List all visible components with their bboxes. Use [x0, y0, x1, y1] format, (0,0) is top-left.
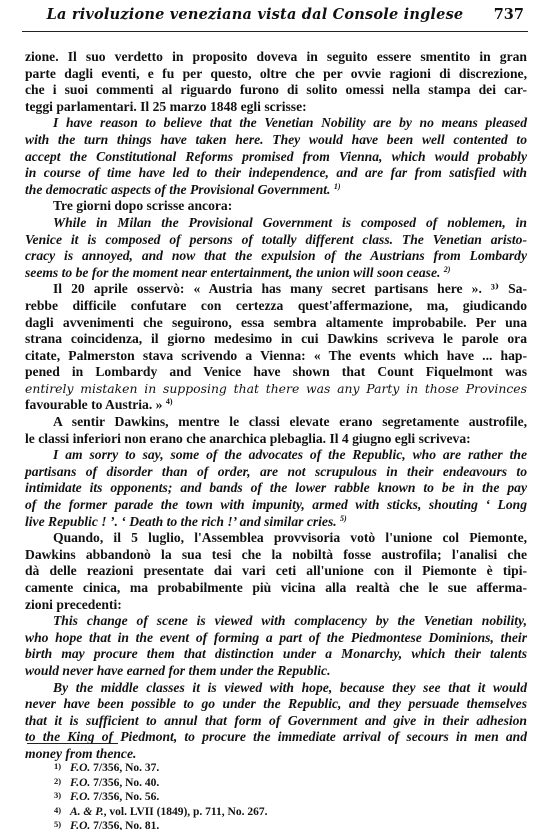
text-line-content: pened in Lombardy and Venice have shown …: [25, 364, 527, 379]
text-line-content: Dawkins abbandonò la sua tesi che la nob…: [25, 547, 527, 562]
text-line: Dawkins abbandonò la sua tesi che la nob…: [25, 547, 527, 564]
text-line: pened in Lombardy and Venice have shown …: [25, 364, 527, 381]
text-line-content: intimidate its opponents; and bands of t…: [25, 480, 527, 495]
footnote-reference-text: 7/356, No. 81.: [90, 820, 159, 830]
text-line-content: of the former parade the town with impun…: [25, 497, 527, 512]
text-line-content: che i suoi commenti al riguardo furono d…: [25, 82, 527, 97]
text-line: zioni precedenti:: [25, 597, 527, 614]
text-line: Il 20 aprile osservò: « Austria has many…: [25, 281, 527, 298]
text-line-content: Il 20 aprile osservò: « Austria has many…: [53, 281, 527, 296]
text-line-content: camente cinica, ma probabilmente più vic…: [25, 580, 527, 595]
footnote-source: F.O.: [70, 762, 90, 774]
text-line: intimidate its opponents; and bands of t…: [25, 480, 527, 497]
text-line: dà delle reazioni presentate dai vari ce…: [25, 563, 527, 580]
text-line-content: Quando, il 5 luglio, l'Assemblea provvis…: [53, 530, 527, 545]
text-line-content: parte dagli eventi, e fu per questo, olt…: [25, 66, 527, 81]
text-line-content: strana coincidenza, il giorno medesimo i…: [25, 331, 527, 346]
text-line-content: Tre giorni dopo scrisse ancora:: [53, 198, 232, 213]
text-line: I have reason to believe that the Veneti…: [25, 115, 527, 132]
body-text: zione. Il suo verdetto in proposito dove…: [25, 49, 527, 763]
text-line-content: dà delle reazioni presentate dai vari ce…: [25, 563, 527, 578]
text-line-content: le classi inferiori non erano che anarch…: [25, 431, 471, 446]
text-line-content: I am sorry to say, some of the advocates…: [53, 447, 527, 462]
text-line-content: never have been possible to go under the…: [25, 696, 527, 711]
text-line: dagli avvenimenti che seguirono, essa se…: [25, 315, 527, 332]
text-line: zione. Il suo verdetto in proposito dove…: [25, 49, 527, 66]
text-line-content: that it is sufficient to annul that form…: [25, 713, 527, 728]
text-line-content: the democratic aspects of the Provisiona…: [25, 182, 330, 197]
text-line-content: While in Milan the Provisional Governmen…: [53, 215, 527, 230]
footnote-mark: 1): [54, 760, 70, 773]
text-line-content: rebbe difficile confutare con certezza q…: [25, 298, 527, 313]
text-line: of the former parade the town with impun…: [25, 497, 527, 514]
text-line: the democratic aspects of the Provisiona…: [25, 182, 527, 199]
text-line-content: accept the Constitutional Reforms promis…: [25, 149, 527, 164]
text-line-content: dagli avvenimenti che seguirono, essa se…: [25, 315, 527, 330]
text-line-content: This change of scene is viewed with comp…: [53, 613, 527, 628]
text-line: Tre giorni dopo scrisse ancora:: [25, 198, 527, 215]
text-line-content: birth may procure them that distinction …: [25, 646, 527, 661]
footnote-source: A. & P.: [70, 806, 104, 818]
text-line-content: I have reason to believe that the Veneti…: [53, 115, 527, 130]
text-line: This change of scene is viewed with comp…: [25, 613, 527, 630]
footnote-reference-text: 7/356, No. 40.: [90, 777, 159, 789]
text-line: By the middle classes it is viewed with …: [25, 680, 527, 697]
text-line: favourable to Austria. » 4): [25, 397, 527, 414]
text-line-content: Venice it is composed of persons of tota…: [25, 232, 527, 247]
text-line: I am sorry to say, some of the advocates…: [25, 447, 527, 464]
text-line-content: teggi parlamentari. Il 25 marzo 1848 egl…: [25, 99, 307, 114]
text-line-content: money from thence.: [25, 746, 136, 761]
text-line-content: zione. Il suo verdetto in proposito dove…: [25, 49, 527, 64]
text-line-content: citate, Palmerston stava scrivendo a Vie…: [25, 348, 527, 363]
text-line-content: who hope that in the event of forming a …: [25, 630, 527, 645]
footnote-mark: 3): [54, 789, 70, 802]
running-title: La rivoluzione veneziana vista dal Conso…: [22, 6, 488, 23]
footnote-mark: 4): [54, 804, 70, 817]
footnote-reference[interactable]: 2): [444, 265, 451, 274]
text-line: Quando, il 5 luglio, l'Assemblea provvis…: [25, 530, 527, 547]
text-line: parte dagli eventi, e fu per questo, olt…: [25, 66, 527, 83]
text-line: citate, Palmerston stava scrivendo a Vie…: [25, 348, 527, 365]
text-line: entirely mistaken in supposing that ther…: [25, 381, 527, 398]
text-line-content: in course of time have led to their inde…: [25, 165, 527, 180]
text-line-content: A sentir Dawkins, mentre le classi eleva…: [53, 414, 527, 429]
text-line: birth may procure them that distinction …: [25, 646, 527, 663]
footnote-item: 2)F.O. 7/356, No. 40.: [54, 775, 267, 790]
text-line: cracy is annoyed, and now that the expul…: [25, 248, 527, 265]
running-header: La rivoluzione veneziana vista dal Conso…: [22, 4, 528, 32]
text-line: who hope that in the event of forming a …: [25, 630, 527, 647]
footnote-source: F.O.: [70, 791, 90, 803]
footnote-item: 4)A. & P., vol. LVII (1849), p. 711, No.…: [54, 804, 267, 819]
text-line: che i suoi commenti al riguardo furono d…: [25, 82, 527, 99]
footnote-reference[interactable]: 5): [340, 514, 347, 523]
text-line: partisans of disorder than of order, are…: [25, 464, 527, 481]
footnote-rule: [27, 743, 118, 744]
text-line: Venice it is composed of persons of tota…: [25, 232, 527, 249]
text-line: seems to be for the moment near entertai…: [25, 265, 527, 282]
text-line: would never have earned for them under t…: [25, 663, 527, 680]
text-line: accept the Constitutional Reforms promis…: [25, 149, 527, 166]
text-line-content: entirely mistaken in supposing that ther…: [25, 381, 527, 396]
text-line-content: By the middle classes it is viewed with …: [53, 680, 527, 695]
page-number: 737: [494, 6, 524, 23]
text-line-content: with the turn things have taken here. Th…: [25, 132, 527, 147]
text-line: strana coincidenza, il giorno medesimo i…: [25, 331, 527, 348]
text-line: in course of time have led to their inde…: [25, 165, 527, 182]
footnote-reference-text: , vol. LVII (1849), p. 711, No. 267.: [104, 806, 268, 818]
header-rule: [22, 31, 528, 32]
text-line: teggi parlamentari. Il 25 marzo 1848 egl…: [25, 99, 527, 116]
footnote-item: 1)F.O. 7/356, No. 37.: [54, 760, 267, 775]
footnote-reference-text: 7/356, No. 37.: [90, 762, 159, 774]
text-line: camente cinica, ma probabilmente più vic…: [25, 580, 527, 597]
footnote-mark: 2): [54, 775, 70, 788]
text-line-content: would never have earned for them under t…: [25, 663, 330, 678]
text-line-content: partisans of disorder than of order, are…: [25, 464, 527, 479]
text-line: with the turn things have taken here. Th…: [25, 132, 527, 149]
text-line-content: cracy is annoyed, and now that the expul…: [25, 248, 527, 263]
footnote-source: F.O.: [70, 820, 90, 830]
footnotes: 1)F.O. 7/356, No. 37.2)F.O. 7/356, No. 4…: [54, 760, 267, 830]
footnote-reference[interactable]: 4): [166, 397, 173, 406]
text-line-content: seems to be for the moment near entertai…: [25, 265, 440, 280]
footnote-mark: 5): [54, 818, 70, 830]
text-line: live Republic ! ’. ‘ Death to the rich !…: [25, 514, 527, 531]
text-line: rebbe difficile confutare con certezza q…: [25, 298, 527, 315]
text-line: A sentir Dawkins, mentre le classi eleva…: [25, 414, 527, 431]
text-line-content: favourable to Austria. »: [25, 397, 162, 412]
footnote-source: F.O.: [70, 777, 90, 789]
footnote-reference-text: 7/356, No. 56.: [90, 791, 159, 803]
text-line: never have been possible to go under the…: [25, 696, 527, 713]
footnote-item: 5)F.O. 7/356, No. 81.: [54, 818, 267, 830]
text-line: le classi inferiori non erano che anarch…: [25, 431, 527, 448]
text-line-content: zioni precedenti:: [25, 597, 122, 612]
footnote-item: 3)F.O. 7/356, No. 56.: [54, 789, 267, 804]
text-line-content: live Republic ! ’. ‘ Death to the rich !…: [25, 514, 337, 529]
text-line: While in Milan the Provisional Governmen…: [25, 215, 527, 232]
text-line: that it is sufficient to annul that form…: [25, 713, 527, 730]
footnote-reference[interactable]: 1): [334, 182, 341, 191]
